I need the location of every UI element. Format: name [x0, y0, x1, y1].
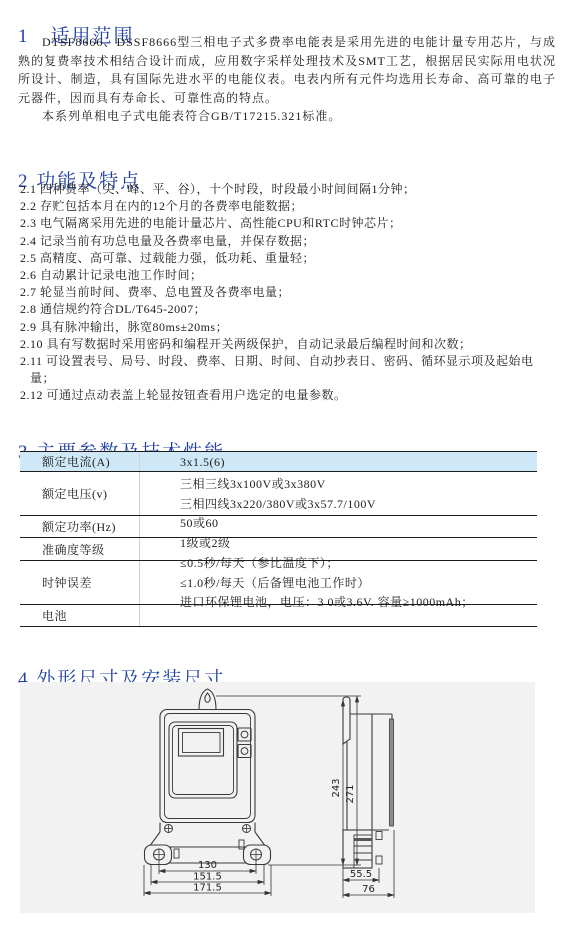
table-row: 时钟误差 ≤0.5秒/每天（参比温度下）； ≤1.0秒/每天（后备锂电池工作时）… — [20, 561, 537, 605]
row-label: 时钟误差 — [20, 561, 140, 604]
row-value: ≤1.0秒/每天（后备锂电池工作时） — [180, 574, 537, 594]
feature-item: 2.9 具有脉冲输出，脉宽80ms±20ms； — [20, 319, 548, 336]
feature-item: 2.10 具有写数据时采用密码和编程开关两级保护，自动记录最后编程时间和次数； — [20, 336, 548, 353]
document-page: 1 适用范围 DTSF8666、DSSF8666型三相电子式多费率电能表是采用先… — [0, 0, 576, 925]
dim-label-151-5: 151.5 — [193, 872, 222, 883]
dim-label-243: 243 — [331, 778, 342, 797]
feature-item: 2.4 记录当前有功总电量及各费率电量，并保存数据； — [20, 233, 548, 250]
row-value: 三相三线3x100V或3x380V — [180, 474, 537, 494]
feature-item: 2.2 存贮包括本月在内的12个月的各费率电能数据； — [20, 198, 548, 215]
feature-item: 2.1 四种费率（尖、峰、平、谷），十个时段，时段最小时间间隔1分钟； — [20, 181, 548, 198]
row-label: 准确度等级 — [20, 538, 140, 560]
row-value: 三相四线3x220/380V或3x57.7/100V — [180, 494, 537, 514]
table-row: 额定电压(v) 三相三线3x100V或3x380V 三相四线3x220/380V… — [20, 472, 537, 516]
section1-paragraph2: 本系列单相电子式电能表符合GB/T17215.321标准。 — [18, 107, 556, 126]
feature-item: 2.11 可设置表号、局号、时段、费率、日期、时间、自动抄表日、密码、循环显示项… — [20, 353, 548, 387]
parameters-table: 额定电流(A) 3x1.5(6) 额定电压(v) 三相三线3x100V或3x38… — [20, 451, 537, 627]
feature-item: 2.5 高精度、高可靠、过载能力强，低功耗、重量轻； — [20, 250, 548, 267]
row-label: 电池 — [20, 605, 140, 626]
feature-item: 2.6 自动累计记录电池工作时间； — [20, 267, 548, 284]
section1-paragraph1: DTSF8666、DSSF8666型三相电子式多费率电能表是采用先进的电能计量专… — [18, 33, 556, 107]
feature-item: 2.12 可通过点动表盖上轮显按钮查看用户选定的电量参数。 — [20, 387, 548, 404]
dimension-drawing-panel: 130 151.5 171.5 243 271 — [20, 682, 535, 913]
feature-item: 2.3 电气隔离采用先进的电能计量芯片、高性能CPU和RTC时钟芯片； — [20, 215, 548, 232]
table-row: 额定电流(A) 3x1.5(6) — [20, 452, 537, 472]
feature-item: 2.8 通信规约符合DL/T645-2007； — [20, 301, 548, 318]
row-value: 1级或2级 — [180, 533, 537, 553]
dim-label-76: 76 — [362, 884, 375, 895]
row-value: 50或60 — [180, 513, 537, 533]
feature-list: 2.1 四种费率（尖、峰、平、谷），十个时段，时段最小时间间隔1分钟； 2.2 … — [20, 181, 548, 405]
dim-label-130: 130 — [198, 860, 217, 871]
row-label: 额定功率(Hz) — [20, 516, 140, 537]
table-row: 电池 — [20, 605, 537, 627]
meter-dimension-drawing: 130 151.5 171.5 243 271 — [20, 682, 535, 913]
row-label: 额定电压(v) — [20, 472, 140, 515]
dim-label-171-5: 171.5 — [193, 883, 222, 894]
feature-item: 2.7 轮显当前时间、费率、总电置及各费率电量； — [20, 284, 548, 301]
row-value: ≤0.5秒/每天（参比温度下）； — [180, 554, 537, 574]
row-label: 额定电流(A) — [20, 452, 140, 471]
meter-front-view-drawing — [145, 689, 271, 865]
section1-body: DTSF8666、DSSF8666型三相电子式多费率电能表是采用先进的电能计量专… — [18, 33, 556, 126]
row-value: 3x1.5(6) — [180, 452, 225, 472]
meter-side-view-drawing — [343, 697, 394, 868]
dim-label-55-5: 55.5 — [350, 869, 372, 880]
